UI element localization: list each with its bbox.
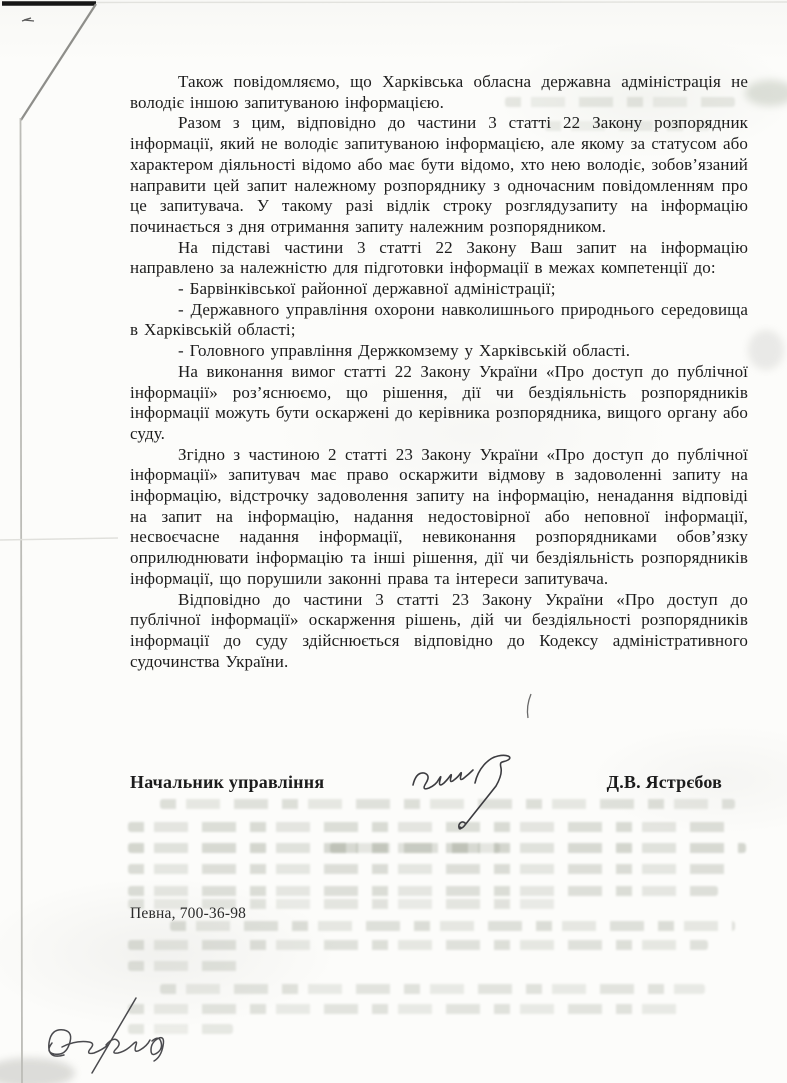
scan-smudge — [745, 80, 787, 106]
pen-tick — [527, 694, 531, 718]
bleedthrough-line — [128, 864, 728, 874]
bleedthrough-line — [128, 886, 718, 896]
list-item-paragraph: - Барвінківської районної державної адмі… — [130, 279, 748, 300]
list-item-paragraph: - Головного управління Держкомзему у Хар… — [130, 341, 748, 362]
signatory-name: Д.В. Ястрєбов — [607, 772, 722, 793]
crease-line — [0, 538, 118, 540]
left-edge-fold-line — [21, 118, 23, 1083]
scanned-letter-page: Також повідомляємо, що Харківська обласн… — [0, 0, 787, 1083]
bleedthrough-line — [160, 984, 705, 994]
list-item-paragraph: - Державного управління охорони навколиш… — [130, 300, 748, 341]
bleedthrough-line — [128, 961, 248, 971]
paragraph: На підставі частини 3 статті 22 Закону В… — [130, 238, 748, 279]
paragraph: Разом з цим, відповідно до частини 3 ста… — [130, 113, 748, 237]
signatory-position: Начальник управління — [130, 772, 324, 793]
letter-body: Також повідомляємо, що Харківська обласн… — [130, 72, 748, 672]
pencil-mark — [22, 18, 34, 21]
bleedthrough-line — [330, 843, 500, 853]
bleedthrough-line — [170, 921, 735, 931]
paragraph: Відповідно до частини 3 статті 23 Закону… — [130, 590, 748, 673]
handwritten-mark — [22, 993, 202, 1083]
corner-fold-diagonal — [21, 4, 96, 120]
handwritten-signature — [403, 733, 538, 838]
paragraph: Також повідомляємо, що Харківська обласн… — [130, 72, 748, 113]
top-edge-shadow — [95, 2, 787, 3]
scan-smudge — [748, 330, 784, 370]
paragraph: Згідно з частиною 2 статті 23 Закону Укр… — [130, 445, 748, 590]
executor-phone: Певна, 700-36-98 — [130, 905, 246, 923]
bleedthrough-line — [128, 1004, 688, 1014]
bleedthrough-line — [128, 940, 708, 950]
paragraph: На виконання вимог статті 22 Закону Укра… — [130, 362, 748, 445]
